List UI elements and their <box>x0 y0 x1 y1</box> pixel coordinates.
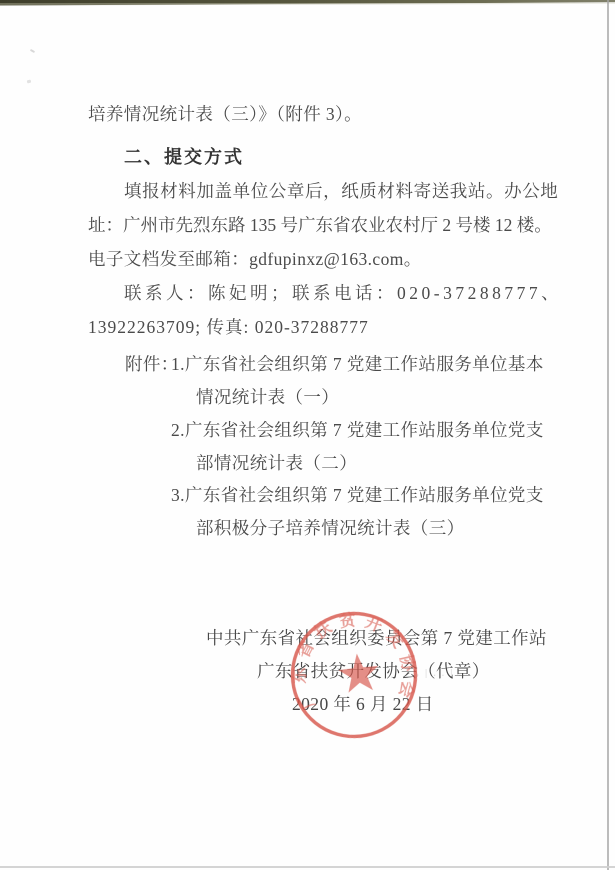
submit-line-1: 填报材料加盖单位公章后，纸质材料寄送我站。办公地 <box>124 178 558 203</box>
submit-line-2: 址：广州市先烈东路 135 号广东省农业农村厅 2 号楼 12 楼。 <box>88 212 552 237</box>
scanned-document-page: ,|..|. 培养情况统计表（三）》（附件 3）。 二、提交方式 填报材料加盖单… <box>0 0 615 870</box>
attachment-item-3-line-1: 3.广东省社会组织第 7 党建工作站服务单位党支 <box>171 482 544 507</box>
scan-bottom-edge <box>0 866 615 868</box>
scan-speck <box>27 80 32 84</box>
signature-org-line-1: 中共广东省社会组织委员会第 7 党建工作站 <box>206 625 547 650</box>
section-heading: 二、提交方式 <box>124 143 244 169</box>
contact-line-2: 13922263709; 传真: 020-37288777 <box>88 314 369 339</box>
signature-date: 2020 年 6 月 22 日 <box>292 691 434 716</box>
intro-line: 培养情况统计表（三）》（附件 3）。 <box>88 101 362 126</box>
scan-right-edge <box>607 0 609 870</box>
scan-top-edge-shadow <box>0 3 615 6</box>
attachment-item-2-line-1: 2.广东省社会组织第 7 党建工作站服务单位党支 <box>171 417 544 442</box>
scan-speck <box>30 49 35 53</box>
attachment-item-1-line-1: 1.广东省社会组织第 7 党建工作站服务单位基本 <box>171 351 544 376</box>
submit-line-3: 电子文档发至邮箱：gdfupinxz@163.com。 <box>88 246 422 271</box>
attachment-item-2-line-2: 部情况统计表（二） <box>196 450 357 475</box>
contact-line-1: 联系人：陈妃明；联系电话：020-37288777、 <box>124 280 562 305</box>
signature-org-line-2: 广东省扶贫开发协会（代章） <box>257 658 490 683</box>
attachment-item-1-line-2: 情况统计表（一） <box>196 384 339 409</box>
attachment-item-3-line-2: 部积极分子培养情况统计表（三） <box>196 515 465 540</box>
